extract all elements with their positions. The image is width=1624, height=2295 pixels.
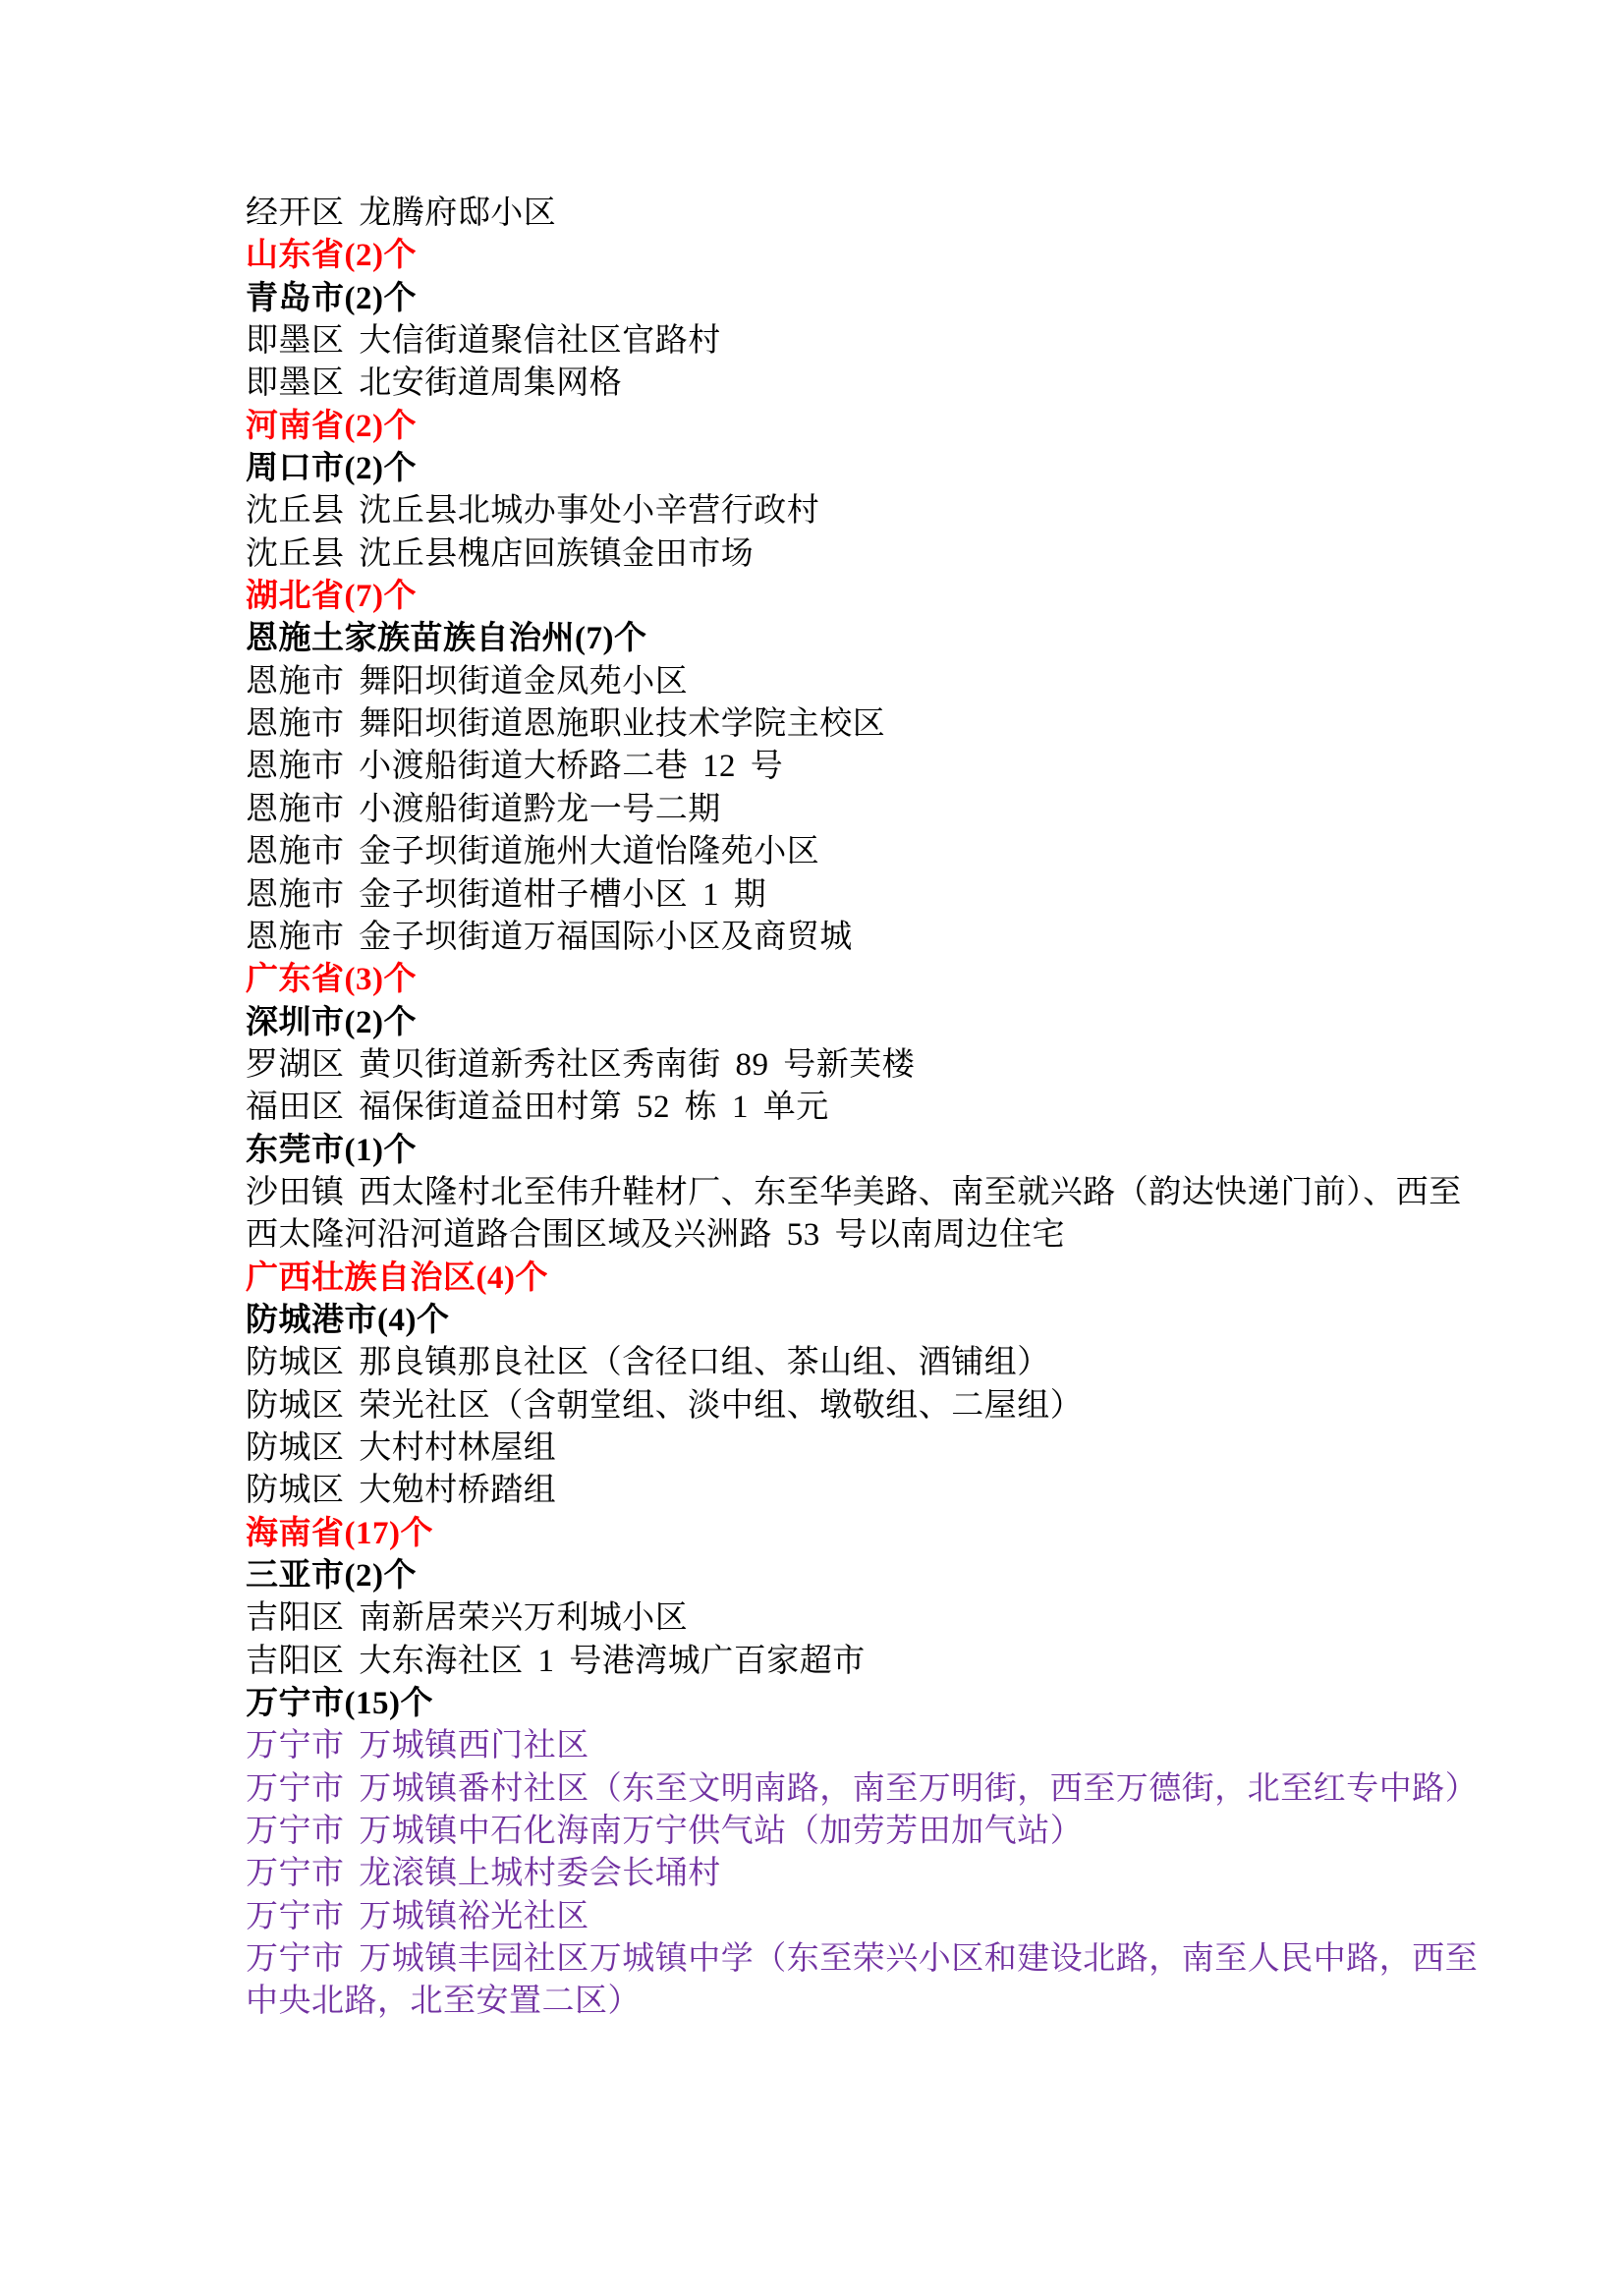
city-header: 青岛市(2)个 [246,278,1385,320]
risk-area-entry: 防城区 大村村林屋组 [246,1427,1385,1470]
risk-area-entry: 恩施市 小渡船街道黔龙一号二期 [246,789,1385,831]
risk-area-entry: 防城区 大勉村桥踏组 [246,1470,1385,1512]
city-header: 恩施土家族苗族自治州(7)个 [246,618,1385,660]
city-header: 三亚市(2)个 [246,1555,1385,1597]
risk-area-entry: 沈丘县 沈丘县槐店回族镇金田市场 [246,533,1385,576]
risk-area-entry-highlighted: 万宁市 万城镇中石化海南万宁供气站（加劳芳田加气站） [246,1811,1385,1853]
province-header: 河南省(2)个 [246,406,1385,448]
risk-area-entry-continuation: 西太隆河沿河道路合围区域及兴洲路 53 号以南周边住宅 [246,1214,1385,1257]
city-header: 周口市(2)个 [246,448,1385,490]
risk-area-entry: 吉阳区 南新居荣兴万利城小区 [246,1597,1385,1640]
document-page: 经开区 龙腾府邸小区山东省(2)个青岛市(2)个即墨区 大信街道聚信社区官路村即… [0,0,1624,2295]
risk-area-entry: 防城区 荣光社区（含朝堂组、淡中组、墩敬组、二屋组） [246,1385,1385,1427]
province-header: 广东省(3)个 [246,959,1385,1001]
risk-area-entry: 福田区 福保街道益田村第 52 栋 1 单元 [246,1087,1385,1129]
risk-area-entry: 恩施市 小渡船街道大桥路二巷 12 号 [246,746,1385,788]
province-header: 湖北省(7)个 [246,576,1385,618]
risk-area-entry: 罗湖区 黄贝街道新秀社区秀南街 89 号新芙楼 [246,1044,1385,1087]
risk-area-entry-highlighted: 万宁市 万城镇裕光社区 [246,1896,1385,1938]
risk-area-entry: 防城区 那良镇那良社区（含径口组、茶山组、酒铺组） [246,1342,1385,1384]
city-header: 万宁市(15)个 [246,1683,1385,1725]
risk-area-entry-highlighted-continuation: 中央北路，北至安置二区） [246,1981,1385,2023]
risk-area-entry-highlighted: 万宁市 万城镇西门社区 [246,1725,1385,1767]
province-header: 广西壮族自治区(4)个 [246,1258,1385,1300]
risk-area-entry-highlighted: 万宁市 万城镇番村社区（东至文明南路，南至万明街，西至万德街，北至红专中路） [246,1768,1385,1811]
risk-area-entry: 恩施市 金子坝街道施州大道怡隆苑小区 [246,831,1385,873]
risk-area-entry: 恩施市 金子坝街道柑子槽小区 1 期 [246,874,1385,917]
risk-area-entry: 吉阳区 大东海社区 1 号港湾城广百家超市 [246,1641,1385,1683]
risk-area-entry: 即墨区 大信街道聚信社区官路村 [246,320,1385,363]
province-header: 山东省(2)个 [246,235,1385,277]
province-header: 海南省(17)个 [246,1513,1385,1555]
risk-area-entry: 即墨区 北安街道周集网格 [246,363,1385,405]
risk-area-entry: 沈丘县 沈丘县北城办事处小辛营行政村 [246,490,1385,532]
risk-area-list: 经开区 龙腾府邸小区山东省(2)个青岛市(2)个即墨区 大信街道聚信社区官路村即… [246,193,1385,2024]
city-header: 防城港市(4)个 [246,1300,1385,1342]
risk-area-entry: 恩施市 舞阳坝街道金凤苑小区 [246,661,1385,703]
city-header: 东莞市(1)个 [246,1130,1385,1172]
risk-area-entry: 经开区 龙腾府邸小区 [246,193,1385,235]
city-header: 深圳市(2)个 [246,1002,1385,1044]
risk-area-entry-highlighted: 万宁市 龙滚镇上城村委会长埇村 [246,1853,1385,1895]
risk-area-entry: 恩施市 金子坝街道万福国际小区及商贸城 [246,917,1385,959]
risk-area-entry: 沙田镇 西太隆村北至伟升鞋材厂、东至华美路、南至就兴路（韵达快递门前）、西至 [246,1172,1385,1214]
risk-area-entry: 恩施市 舞阳坝街道恩施职业技术学院主校区 [246,703,1385,746]
risk-area-entry-highlighted: 万宁市 万城镇丰园社区万城镇中学（东至荣兴小区和建设北路，南至人民中路，西至 [246,1938,1385,1981]
